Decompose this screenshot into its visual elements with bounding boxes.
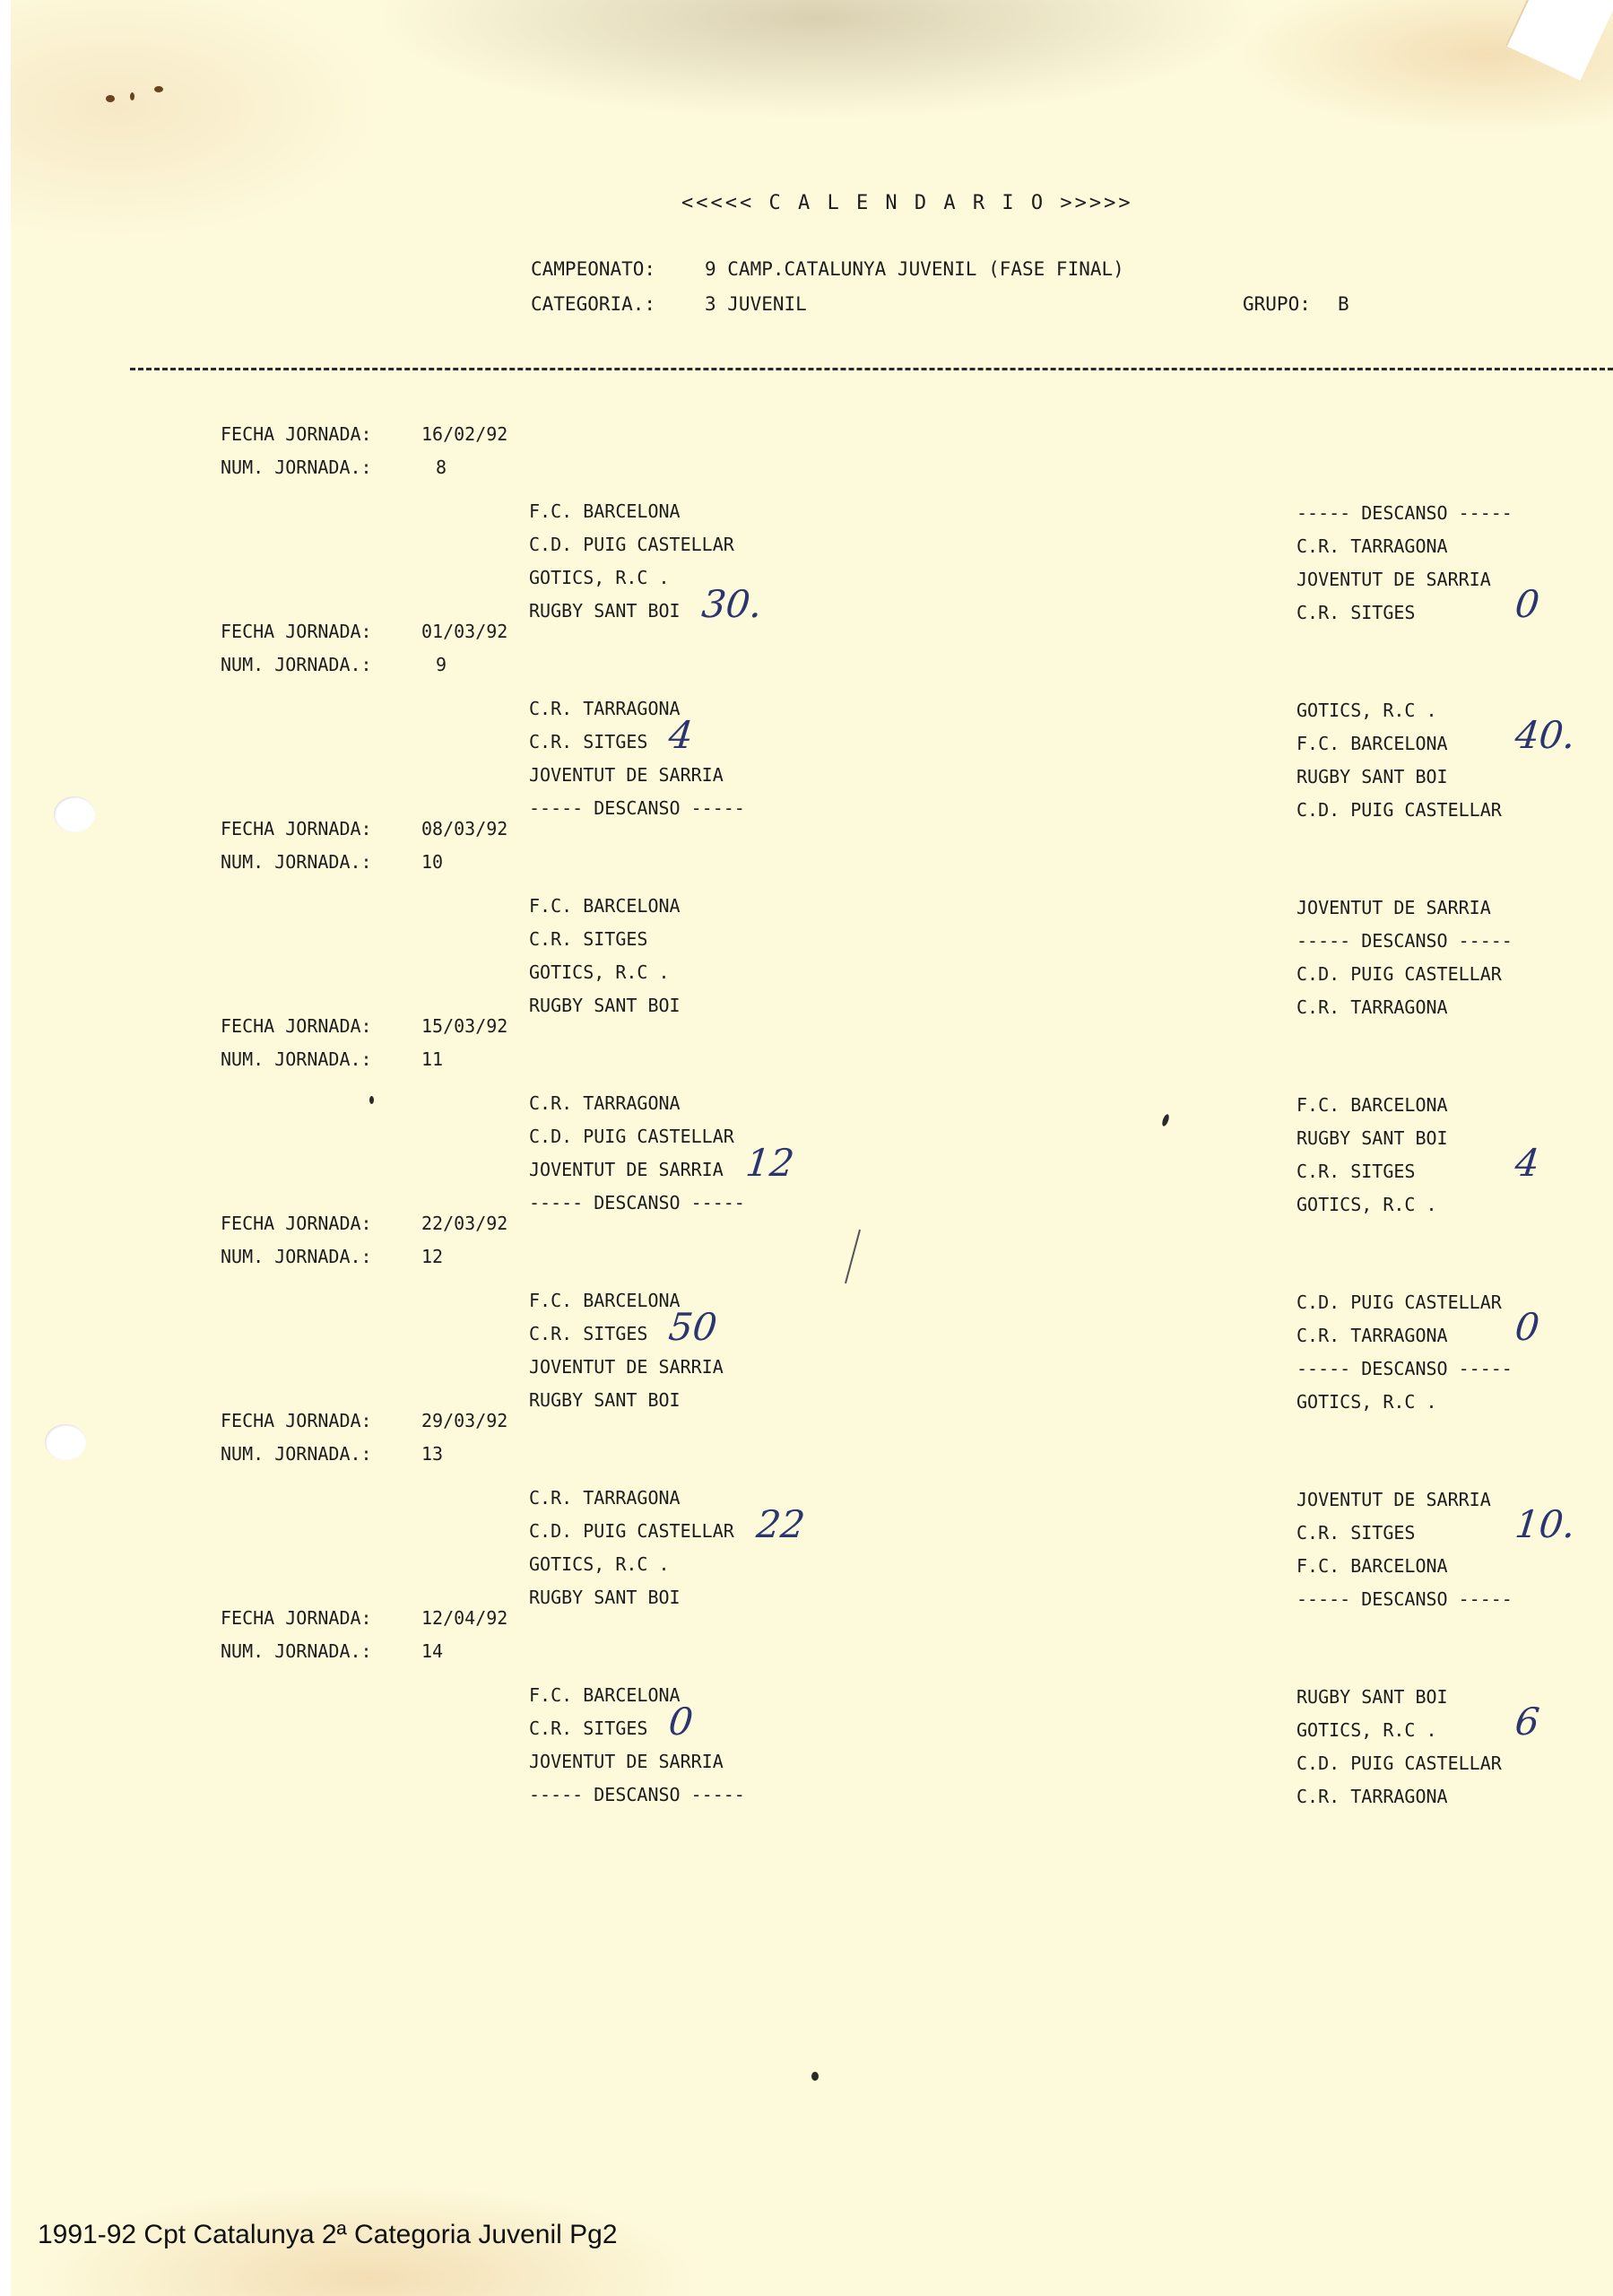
handwritten-score: 4 [1513, 1141, 1541, 1185]
fecha-jornada-value: 01/03/92 [421, 621, 507, 642]
away-team: JOVENTUT DE SARRIA [1296, 1489, 1491, 1510]
fecha-jornada-label: FECHA JORNADA: [221, 818, 372, 839]
ink-speck [811, 2072, 819, 2081]
home-team: C.R. SITGES [529, 731, 647, 752]
fecha-jornada-label: FECHA JORNADA: [221, 1213, 372, 1234]
away-team: GOTICS, R.C . [1296, 700, 1437, 721]
home-team: ----- DESCANSO ----- [529, 1784, 745, 1805]
fecha-jornada-value: 15/03/92 [421, 1015, 507, 1037]
fecha-jornada-value: 16/02/92 [421, 423, 507, 445]
campeonato-value: 9 CAMP.CATALUNYA JUVENIL (FASE FINAL) [705, 258, 1124, 280]
home-team: GOTICS, R.C . [529, 961, 670, 983]
fecha-jornada-label: FECHA JORNADA: [221, 423, 372, 445]
home-team: RUGBY SANT BOI [529, 995, 681, 1016]
home-team: RUGBY SANT BOI [529, 1587, 681, 1608]
fecha-jornada-label: FECHA JORNADA: [221, 1015, 372, 1037]
handwritten-score: 0 [667, 1700, 696, 1744]
away-team: ----- DESCANSO ----- [1296, 1358, 1513, 1379]
home-team: C.D. PUIG CASTELLAR [529, 1520, 734, 1542]
home-team: C.R. SITGES [529, 928, 647, 950]
campeonato-label: CAMPEONATO: [531, 258, 655, 280]
fecha-jornada-label: FECHA JORNADA: [221, 1607, 372, 1629]
fecha-jornada-value: 29/03/92 [421, 1410, 507, 1431]
home-team: F.C. BARCELONA [529, 1684, 681, 1706]
handwritten-score: 12 [743, 1141, 796, 1185]
num-jornada-label: NUM. JORNADA.: [221, 1246, 372, 1267]
num-jornada-label: NUM. JORNADA.: [221, 654, 372, 675]
fecha-jornada-value: 22/03/92 [421, 1213, 507, 1234]
handwritten-score: 40. [1513, 713, 1577, 757]
home-team: F.C. BARCELONA [529, 500, 681, 522]
home-team: JOVENTUT DE SARRIA [529, 1356, 724, 1378]
home-team: C.D. PUIG CASTELLAR [529, 1126, 734, 1147]
handwritten-score: 22 [754, 1502, 807, 1546]
home-team: GOTICS, R.C . [529, 1553, 670, 1575]
num-jornada-label: NUM. JORNADA.: [221, 457, 372, 478]
categoria-value: 3 JUVENIL [705, 293, 807, 315]
away-team: C.R. SITGES [1296, 1161, 1415, 1182]
image-caption: 1991-92 Cpt Catalunya 2ª Categoria Juven… [38, 2220, 618, 2250]
home-team: JOVENTUT DE SARRIA [529, 764, 724, 786]
categoria-label: CATEGORIA.: [531, 293, 655, 315]
num-jornada-label: NUM. JORNADA.: [221, 1640, 372, 1662]
fecha-jornada-label: FECHA JORNADA: [221, 621, 372, 642]
home-team: C.R. SITGES [529, 1718, 647, 1739]
away-team: RUGBY SANT BOI [1296, 1686, 1448, 1708]
away-team: GOTICS, R.C . [1296, 1719, 1437, 1741]
away-team: C.R. TARRAGONA [1296, 1325, 1448, 1346]
away-team: F.C. BARCELONA [1296, 1555, 1448, 1577]
grupo-label: GRUPO: [1243, 293, 1311, 315]
handwritten-score: 4 [667, 713, 696, 757]
num-jornada-value: 11 [421, 1048, 443, 1070]
home-team: ----- DESCANSO ----- [529, 1192, 745, 1213]
scan-edge [0, 0, 11, 2296]
document-title: <<<<< C A L E N D A R I O >>>>> [681, 192, 1133, 214]
dashed-separator [130, 368, 1613, 370]
away-team: GOTICS, R.C . [1296, 1391, 1437, 1413]
away-team: ----- DESCANSO ----- [1296, 930, 1513, 952]
num-jornada-value: 9 [436, 654, 447, 675]
handwritten-score: 0 [1513, 582, 1541, 626]
punch-hole-icon [45, 1424, 86, 1460]
fecha-jornada-value: 08/03/92 [421, 818, 507, 839]
away-team: RUGBY SANT BOI [1296, 766, 1448, 787]
away-team: RUGBY SANT BOI [1296, 1127, 1448, 1149]
rust-stain [154, 86, 163, 92]
num-jornada-label: NUM. JORNADA.: [221, 1048, 372, 1070]
away-team: F.C. BARCELONA [1296, 1094, 1448, 1116]
ink-speck [369, 1096, 374, 1104]
home-team: JOVENTUT DE SARRIA [529, 1751, 724, 1772]
away-team: C.D. PUIG CASTELLAR [1296, 1752, 1502, 1774]
home-team: C.R. TARRAGONA [529, 1487, 681, 1509]
num-jornada-value: 10 [421, 851, 443, 873]
away-team: F.C. BARCELONA [1296, 733, 1448, 754]
away-team: GOTICS, R.C . [1296, 1194, 1437, 1215]
away-team: ----- DESCANSO ----- [1296, 502, 1513, 524]
handwritten-score: 50 [667, 1305, 720, 1349]
fecha-jornada-value: 12/04/92 [421, 1607, 507, 1629]
home-team: GOTICS, R.C . [529, 567, 670, 588]
num-jornada-value: 14 [421, 1640, 443, 1662]
num-jornada-value: 13 [421, 1443, 443, 1465]
home-team: RUGBY SANT BOI [529, 1389, 681, 1411]
away-team: JOVENTUT DE SARRIA [1296, 569, 1491, 590]
handwritten-score: 6 [1513, 1700, 1541, 1744]
away-team: C.R. SITGES [1296, 602, 1415, 623]
rust-stain [130, 92, 134, 100]
home-team: F.C. BARCELONA [529, 895, 681, 917]
away-team: C.D. PUIG CASTELLAR [1296, 963, 1502, 985]
num-jornada-value: 8 [436, 457, 447, 478]
away-team: JOVENTUT DE SARRIA [1296, 897, 1491, 918]
home-team: JOVENTUT DE SARRIA [529, 1159, 724, 1180]
away-team: ----- DESCANSO ----- [1296, 1588, 1513, 1610]
home-team: C.R. TARRAGONA [529, 1092, 681, 1114]
rust-stain [106, 95, 115, 102]
away-team: C.D. PUIG CASTELLAR [1296, 1291, 1502, 1313]
away-team: C.D. PUIG CASTELLAR [1296, 799, 1502, 821]
num-jornada-label: NUM. JORNADA.: [221, 1443, 372, 1465]
home-team: C.D. PUIG CASTELLAR [529, 534, 734, 555]
home-team: RUGBY SANT BOI [529, 600, 681, 622]
handwritten-score: 30. [699, 582, 764, 626]
home-team: F.C. BARCELONA [529, 1290, 681, 1311]
home-team: C.R. TARRAGONA [529, 698, 681, 719]
num-jornada-value: 12 [421, 1246, 443, 1267]
handwritten-score: 10. [1513, 1502, 1577, 1546]
grupo-value: B [1338, 293, 1349, 315]
punch-hole-icon [54, 796, 95, 832]
home-team: C.R. SITGES [529, 1323, 647, 1344]
away-team: C.R. SITGES [1296, 1522, 1415, 1544]
away-team: C.R. TARRAGONA [1296, 1786, 1448, 1807]
handwritten-score: 0 [1513, 1305, 1541, 1349]
away-team: C.R. TARRAGONA [1296, 535, 1448, 557]
fecha-jornada-label: FECHA JORNADA: [221, 1410, 372, 1431]
num-jornada-label: NUM. JORNADA.: [221, 851, 372, 873]
home-team: ----- DESCANSO ----- [529, 797, 745, 819]
away-team: C.R. TARRAGONA [1296, 996, 1448, 1018]
